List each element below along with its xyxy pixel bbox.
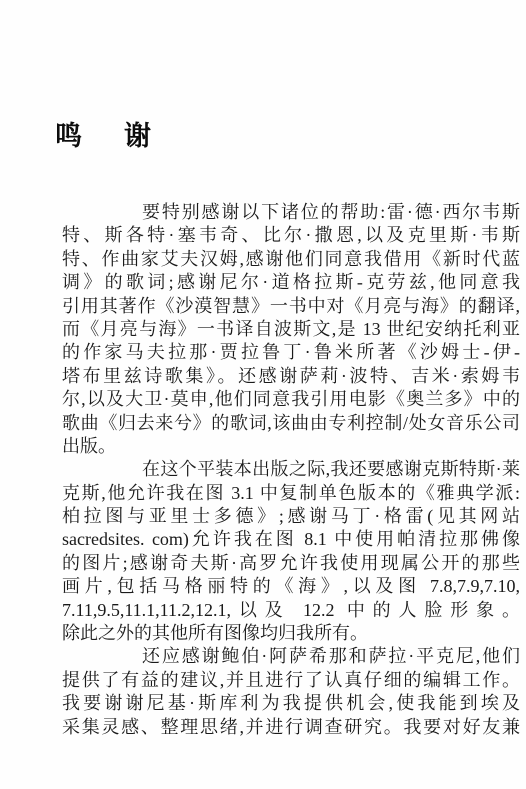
text-line: 还应感谢鲍伯·阿萨希那和萨拉·平克尼,他们 bbox=[62, 645, 520, 668]
text-line: 特、斯各特·塞韦奇、比尔·撒恩,以及克里斯·韦斯 bbox=[62, 224, 520, 247]
text-line: 引用其著作《沙漠智慧》一书中对《月亮与海》的翻译, bbox=[62, 295, 520, 318]
body-text: 要特别感谢以下诸位的帮助:雷·德·西尔韦斯 特、斯各特·塞韦奇、比尔·撒恩,以及… bbox=[62, 201, 520, 739]
text-line: 特、作曲家艾夫汉姆,感谢他们同意我借用《新时代蓝 bbox=[62, 248, 520, 271]
text-line: sacredsites. com)允许我在图 8.1 中使用帕清拉那佛像 bbox=[62, 528, 520, 551]
text-line: 歌曲《归去来兮》的歌词,该曲由专利控制/处女音乐公司 bbox=[62, 412, 520, 435]
text-line: 画片,包括马格丽特的《海》,以及图 7.8,7.9,7.10, bbox=[62, 575, 520, 598]
text-line: 柏拉图与亚里士多德》;感谢马丁·格雷(见其网站 bbox=[62, 505, 520, 528]
page-title: 鸣 谢 bbox=[55, 122, 151, 150]
text-line: 除此之外的其他所有图像均归我所有。 bbox=[62, 622, 520, 645]
page-title-char-1: 鸣 bbox=[55, 122, 82, 150]
text-line: 我要谢谢尼基·斯库利为我提供机会,使我能到埃及 bbox=[62, 692, 520, 715]
text-line: 塔布里兹诗歌集》。还感谢萨莉·波特、吉米·索姆韦 bbox=[62, 365, 520, 388]
text-line: 调》的歌词;感谢尼尔·道格拉斯-克劳兹,他同意我 bbox=[62, 271, 520, 294]
text-line: 尔,以及大卫·莫申,他们同意我引用电影《奥兰多》中的 bbox=[62, 388, 520, 411]
text-line: 的图片;感谢奇夫斯·高罗允许我使用现属公开的那些 bbox=[62, 552, 520, 575]
text-line: 要特别感谢以下诸位的帮助:雷·德·西尔韦斯 bbox=[62, 201, 520, 224]
text-line: 提供了有益的建议,并且进行了认真仔细的编辑工作。 bbox=[62, 669, 520, 692]
page-title-char-2: 谢 bbox=[124, 122, 151, 150]
text-line: 的作家马夫拉那·贾拉鲁丁·鲁米所著《沙姆士-伊- bbox=[62, 341, 520, 364]
text-line: 采集灵感、整理思绪,并进行调查研究。我要对好友兼 bbox=[62, 716, 520, 739]
text-line: 而《月亮与海》一书译自波斯文,是 13 世纪安纳托利亚 bbox=[62, 318, 520, 341]
text-line: 克斯,他允许我在图 3.1 中复制单色版本的《雅典学派: bbox=[62, 482, 520, 505]
book-page: 鸣 谢 要特别感谢以下诸位的帮助:雷·德·西尔韦斯 特、斯各特·塞韦奇、比尔·撒… bbox=[0, 0, 526, 789]
text-line: 在这个平装本出版之际,我还要感谢克斯特斯·莱 bbox=[62, 458, 520, 481]
text-line: 出版。 bbox=[62, 435, 520, 458]
text-line: 7.11,9.5,11.1,11.2,12.1,以及 12.2 中的人脸形象。 bbox=[62, 599, 520, 622]
